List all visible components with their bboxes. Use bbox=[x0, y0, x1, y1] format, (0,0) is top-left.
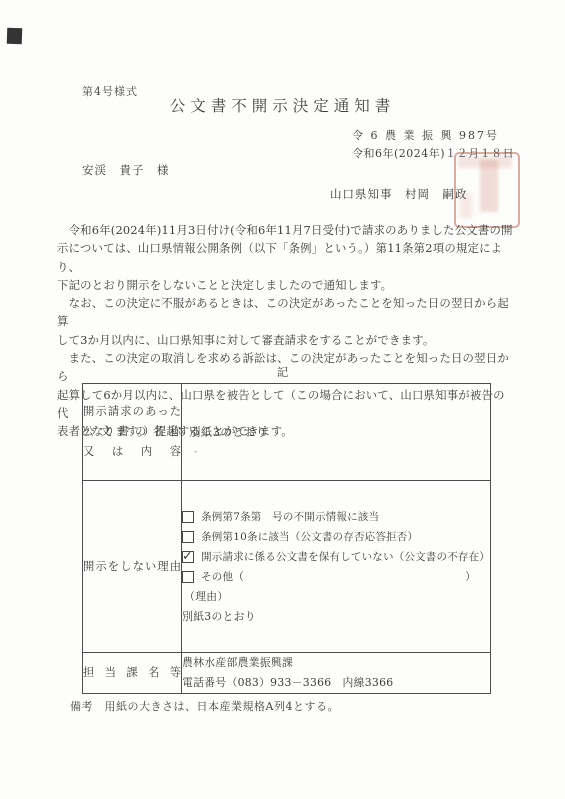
reason-label: （理由） bbox=[182, 587, 490, 607]
document-title: 公文書不開示決定通知書 bbox=[0, 94, 565, 116]
checkbox-row-article7: 条例第7条第 号の不開示情報に該当 bbox=[182, 507, 490, 527]
header-line: 開示をしない理由 bbox=[83, 557, 181, 577]
header-line: 開示請求のあった bbox=[83, 402, 181, 422]
closing-paren: ） bbox=[465, 569, 490, 584]
row-header-document-name: 開示請求のあった 公文書の名称 又は内容 bbox=[83, 384, 182, 481]
table-row-contact-section: 担当課名等 農林水産部農業振興課 電話番号（083）933－3366 内線336… bbox=[83, 653, 491, 694]
checkbox-row-article10: 条例第10条に該当（公文書の存否応答拒否） bbox=[182, 527, 490, 547]
scan-artifact-mark bbox=[7, 28, 23, 45]
stamp-ink-smudge bbox=[460, 194, 472, 218]
checkbox-label: 条例第7条第 号の不開示情報に該当 bbox=[201, 509, 379, 524]
sender-governor-name: 山口県知事 村岡 嗣政 bbox=[330, 186, 468, 202]
checkbox-label: 条例第10条に該当（公文書の存否応答拒否） bbox=[201, 529, 418, 544]
decision-details-table: 開示請求のあった 公文書の名称 又は内容 別紙3のとおり ・ 開示をしない理由 … bbox=[82, 383, 491, 694]
checkbox-row-other: その他（ ） bbox=[182, 567, 490, 587]
checkbox-unchecked-icon bbox=[182, 511, 194, 523]
scanned-document-page: 第4号様式 公文書不開示決定通知書 令 6 農 業 振 興 987号 令和6年(… bbox=[0, 0, 565, 799]
paragraph-decision-notice: 令和6年(2024年)11月3日付け(令和6年11月7日受付)で請求のありました… bbox=[57, 221, 515, 294]
cell-reason-checklist: 条例第7条第 号の不開示情報に該当 条例第10条に該当（公文書の存否応答拒否） … bbox=[182, 481, 491, 653]
header-line: 公文書の名称 bbox=[83, 422, 181, 442]
header-line: 担当課名等 bbox=[83, 663, 181, 683]
stamp-ink-smudge bbox=[458, 156, 512, 168]
checkmark-icon: ✓ bbox=[182, 548, 193, 563]
row-header-nondisclosure-reason: 開示をしない理由 bbox=[83, 481, 182, 653]
reference-number: 令 6 農 業 振 興 987号 bbox=[352, 127, 514, 145]
row-header-contact-section: 担当課名等 bbox=[83, 653, 182, 694]
paragraph-appeal-rights: なお、この決定に不服があるときは、この決定があったことを知った日の翌日から起算 … bbox=[57, 294, 515, 349]
addressee-name: 安渓 貴子 様 bbox=[82, 162, 170, 178]
ki-separator-label: 記 bbox=[0, 364, 565, 380]
checkbox-checked-icon: ✓ bbox=[182, 551, 194, 563]
contact-division: 農林水産部農業振興課 bbox=[182, 653, 490, 673]
table-row-nondisclosure-reason: 開示をしない理由 条例第7条第 号の不開示情報に該当 条例第10条に該当（公文書… bbox=[83, 481, 491, 653]
checkbox-unchecked-icon bbox=[182, 571, 194, 583]
checkbox-unchecked-icon bbox=[182, 531, 194, 543]
cell-contact-info: 農林水産部農業振興課 電話番号（083）933－3366 内線3366 bbox=[182, 653, 491, 694]
paper-size-note: 備考 用紙の大きさは、日本産業規格A列4とする。 bbox=[70, 698, 339, 714]
document-name-value: 別紙3のとおり bbox=[182, 424, 490, 440]
official-red-seal-stamp bbox=[454, 152, 520, 228]
header-line: 又は内容 bbox=[83, 442, 181, 462]
checkbox-row-document-not-held: ✓ 開示請求に係る公文書を保有していない（公文書の不存在） bbox=[182, 547, 490, 567]
checkbox-label: その他（ bbox=[201, 569, 244, 584]
stray-pen-mark: ・ bbox=[191, 445, 200, 458]
checkbox-label: 開示請求に係る公文書を保有していない（公文書の不存在） bbox=[201, 549, 490, 564]
contact-phone: 電話番号（083）933－3366 内線3366 bbox=[182, 673, 490, 693]
reason-value: 別紙3のとおり bbox=[182, 607, 490, 627]
cell-document-name-value: 別紙3のとおり ・ bbox=[182, 384, 491, 481]
table-row-document-name: 開示請求のあった 公文書の名称 又は内容 別紙3のとおり ・ bbox=[83, 384, 491, 481]
